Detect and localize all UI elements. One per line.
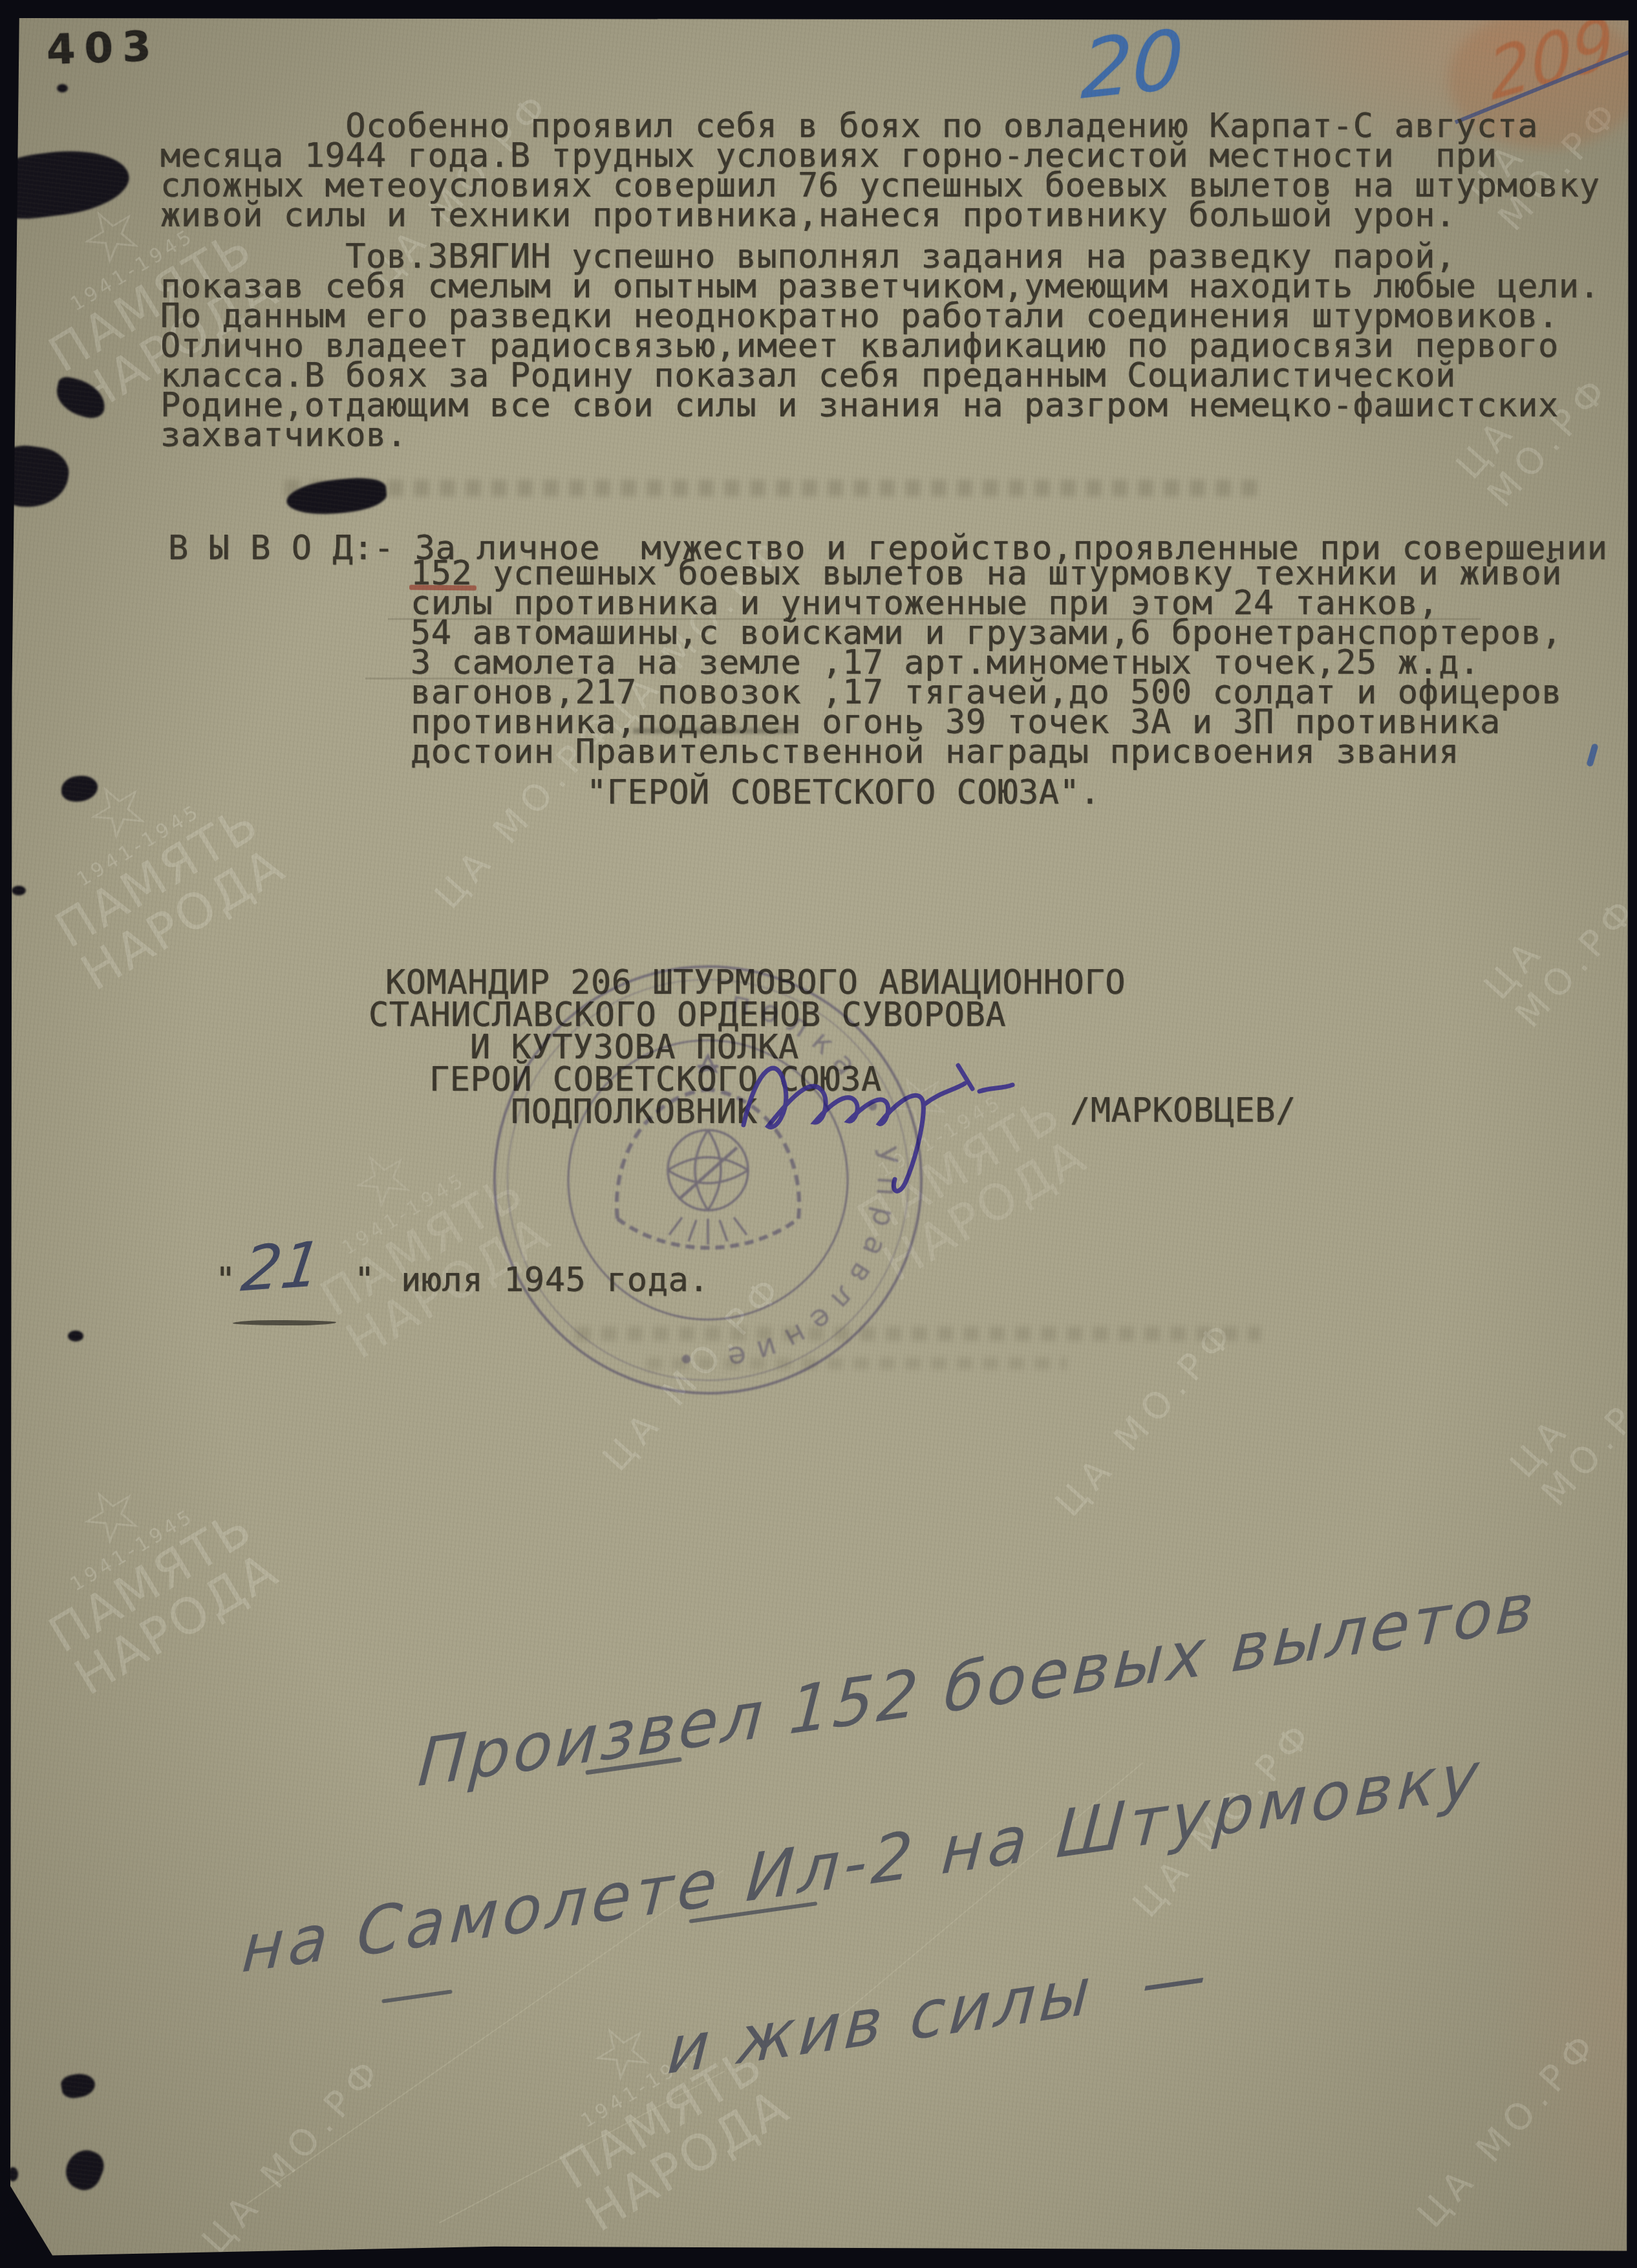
ink-speck	[57, 84, 68, 92]
day-underline	[233, 1320, 336, 1325]
watermark-ca-mo-rf: ЦА МО.РФ	[194, 2048, 393, 2262]
ghost-text-line	[284, 480, 1261, 497]
binding-tear	[0, 441, 72, 513]
watermark-pamyat-naroda: ☆1941-1945ПАМЯТЬНАРОДА	[0, 719, 301, 1003]
handwritten-page-number: 20	[1080, 12, 1185, 118]
watermark-ca-mo-rf: ЦА МО.РФ	[1047, 1311, 1246, 1525]
typed-text-line: живой силы и техники противника,нанеся п…	[160, 200, 1600, 230]
pen-mark	[1586, 743, 1599, 767]
signature-name: /МАРКОВЦЕВ/	[1070, 1091, 1296, 1130]
archive-page-number-stamp: 403	[46, 23, 161, 74]
handwritten-day: 21	[237, 1228, 325, 1306]
binding-hole	[59, 2071, 96, 2100]
body-paragraph-2: Тов.ЗВЯГИН успешно выполнял задания на р…	[160, 242, 1600, 450]
scan-background: ☆1941-1945ПАМЯТЬНАРОДА ☆1941-1945ПАМЯТЬН…	[0, 0, 1637, 2268]
conclusion-lines: 152 успешных боевых вылетов на штурмовку…	[411, 559, 1562, 767]
binding-hole	[12, 886, 26, 895]
page-content: ☆1941-1945ПАМЯТЬНАРОДА ☆1941-1945ПАМЯТЬН…	[0, 0, 1637, 2268]
body-paragraph-1: Особенно проявил себя в боях по овладени…	[160, 111, 1600, 230]
watermark-ca-mo-rf: ЦА МО.РФ	[1476, 859, 1637, 1036]
regimental-seal-stamp: полка • Управление •	[482, 954, 934, 1406]
paper-scratch	[439, 2071, 725, 2224]
handwritten-note: Произвел 152 боевых вылетов на Самолете …	[185, 1491, 1561, 1905]
note-dash	[381, 1989, 453, 2003]
binding-hole	[60, 2145, 108, 2195]
binding-hole	[8, 2167, 18, 2181]
typed-text-line: достоин Правительственной награды присво…	[411, 737, 1562, 767]
binding-tear	[0, 144, 133, 224]
red-underline-152	[409, 584, 476, 590]
star-icon: ☆	[0, 719, 240, 901]
date-text: июля 1945 года.	[401, 1261, 709, 1300]
watermark-ca-mo-rf: ЦА МО.РФ	[1409, 2022, 1609, 2236]
overtype-smudge	[633, 728, 795, 734]
award-line: "ГЕРОЙ СОВЕТСКОГО СОЮЗА".	[586, 773, 1100, 812]
binding-hole	[61, 776, 98, 802]
ink-blot	[52, 375, 109, 420]
star-icon: ☆	[0, 1424, 233, 1605]
watermark-ca-mo-rf: ЦА МО.РФ	[1502, 1337, 1637, 1514]
date-open-quote: "	[215, 1261, 236, 1300]
document-page: ☆1941-1945ПАМЯТЬНАРОДА ☆1941-1945ПАМЯТЬН…	[10, 18, 1629, 2258]
binding-hole	[68, 1331, 83, 1342]
date-close-quote: "	[354, 1261, 375, 1300]
watermark-pamyat-naroda: ☆1941-1945ПАМЯТЬНАРОДА	[0, 1424, 295, 1708]
